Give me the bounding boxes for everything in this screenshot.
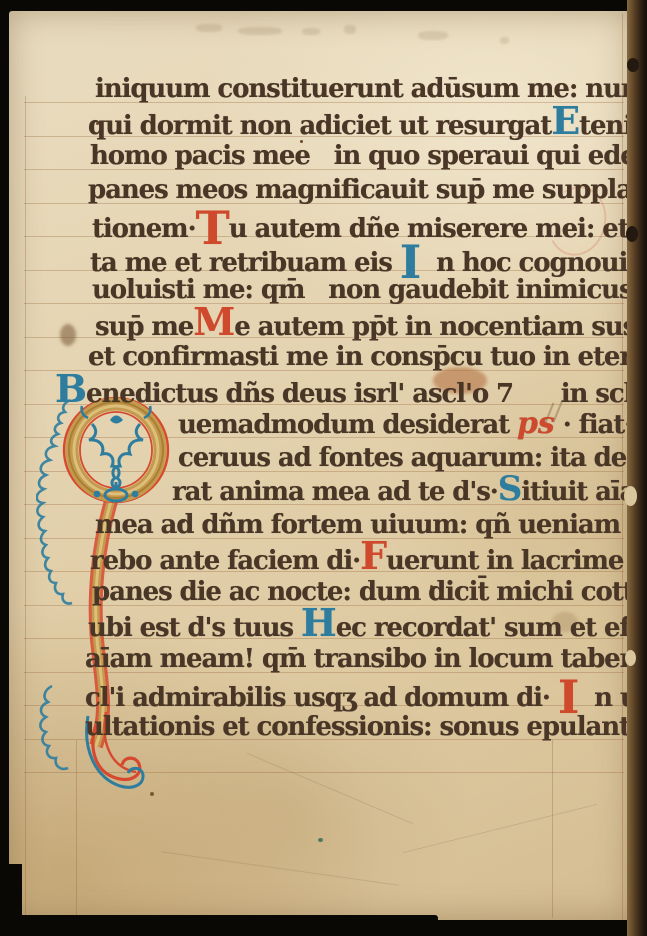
text-segment: itiuit aīa <box>521 477 635 507</box>
manuscript-text-line: uoluisti me: qm̄ non gaudebit inimicus m… <box>92 275 647 305</box>
manuscript-text-line: uemadmodum desiderat ps · fiat· <box>178 409 632 440</box>
text-segment: e autem pp̄t in nocentiam suscepisti: <box>234 312 647 342</box>
text-segment: uerunt in lacrime mee <box>386 546 647 576</box>
manuscript-text-line: tionem·Tu autem dñe miserere mei: et res… <box>92 208 647 244</box>
text-segment: homo pacis mee in quo speraui qui edebat <box>90 141 647 171</box>
manuscript-text-line: homo pacis mee in quo speraui qui edebat <box>90 141 647 171</box>
text-segment: panes die ac nocte: dum dicit̄ michi cot… <box>92 577 647 607</box>
text-segment: et confirmasti me in consp̄cu tuo in ete… <box>88 342 647 372</box>
manuscript-text-line: cl'i admirabilis usqʒ ad domum di· I n u… <box>85 677 647 713</box>
manuscript-text-line: ceruus ad fontes aquarum: ita deside <box>178 443 647 473</box>
manuscript-text-line: Benedictus dñs deus isrl' ascl'o 7 in sc… <box>55 376 647 409</box>
versal-initial: F <box>360 533 386 578</box>
text-segment: · fiat· <box>555 410 632 440</box>
manuscript-text-line: panes meos magnificauit sup̄ me supplant… <box>88 175 647 205</box>
manuscript-text-line: rebo ante faciem di·Fuerunt in lacrime m… <box>90 543 647 576</box>
text-segment: uoluisti me: qm̄ non gaudebit inimicus m… <box>92 275 647 305</box>
manuscript-text-line: ta me et retribuam eis I n hoc cognoui q… <box>90 242 647 278</box>
versal-initial: B <box>55 366 86 411</box>
text-segment: sup̄ me <box>95 312 193 342</box>
text-segment: panes meos magnificauit sup̄ me supplant… <box>88 175 647 205</box>
binding-edge <box>627 0 647 936</box>
versal-initial: E <box>551 98 579 143</box>
text-segment: ec recordat' sum et effudi ī me <box>336 613 647 643</box>
scan-border-top <box>0 0 647 11</box>
text-segment: cl'i admirabilis usqʒ ad domum di· <box>85 683 558 713</box>
text-segment: ubi est d's tuus <box>88 613 301 643</box>
versal-initial: M <box>193 299 234 344</box>
text-segment: rat anima mea ad te d's· <box>172 477 498 507</box>
text-segment: rebo ante faciem di· <box>90 546 360 576</box>
manuscript-text-line: ubi est d's tuus Hec recordat' sum et ef… <box>88 610 647 643</box>
manuscript-text-line: panes die ac nocte: dum dicit̄ michi cot… <box>92 577 647 607</box>
manuscript-text-line: aīam meam! qm̄ transibo in locum taberna <box>85 644 647 674</box>
manuscript-text-line: ultationis et confessionis: sonus epulan… <box>85 711 647 742</box>
text-segment: ta me et retribuam eis <box>90 248 400 278</box>
text-segment: ultationis et confessionis: sonus epulan… <box>85 712 647 742</box>
text-segment: u autem dñe miserere mei: et resusci <box>229 214 647 244</box>
psalm-mark: ps <box>517 406 555 441</box>
scan-border-left <box>0 0 9 936</box>
text-block: iniquum constituerunt adūsum me: nunq̄dq… <box>0 0 647 936</box>
text-segment: tionem· <box>92 214 196 244</box>
versal-initial: H <box>301 600 336 645</box>
text-segment: qui dormit non adiciet ut resurgat <box>88 111 551 141</box>
text-segment: aīam meam! qm̄ transibo in locum taberna <box>85 644 647 674</box>
text-segment: ceruus ad fontes aquarum: ita deside <box>178 443 647 473</box>
manuscript-text-line: rat anima mea ad te d's·Sitiuit aīa <box>172 476 635 507</box>
scan-border-bottom <box>0 921 647 936</box>
parchment-edge-bump <box>624 486 637 506</box>
text-segment: n hoc cognoui qm̄ <box>420 248 647 278</box>
versal-initial: S <box>498 469 521 509</box>
manuscript-text-line: qui dormit non adiciet ut resurgatEtenim <box>88 108 647 141</box>
parchment-edge-bump <box>625 650 636 666</box>
scan-border-bottom <box>0 915 438 923</box>
manuscript-text-line: et confirmasti me in consp̄cu tuo in ete… <box>88 342 647 372</box>
text-segment: uemadmodum desiderat <box>178 410 517 440</box>
binding-notch <box>627 58 639 72</box>
binding-notch <box>626 226 638 242</box>
scanned-manuscript-page: iniquum constituerunt adūsum me: nunq̄dq… <box>0 0 647 936</box>
text-segment: enedictus dñs deus isrl' ascl'o 7 in scl… <box>86 379 647 409</box>
manuscript-text-line: sup̄ meMe autem pp̄t in nocentiam suscep… <box>95 309 647 342</box>
